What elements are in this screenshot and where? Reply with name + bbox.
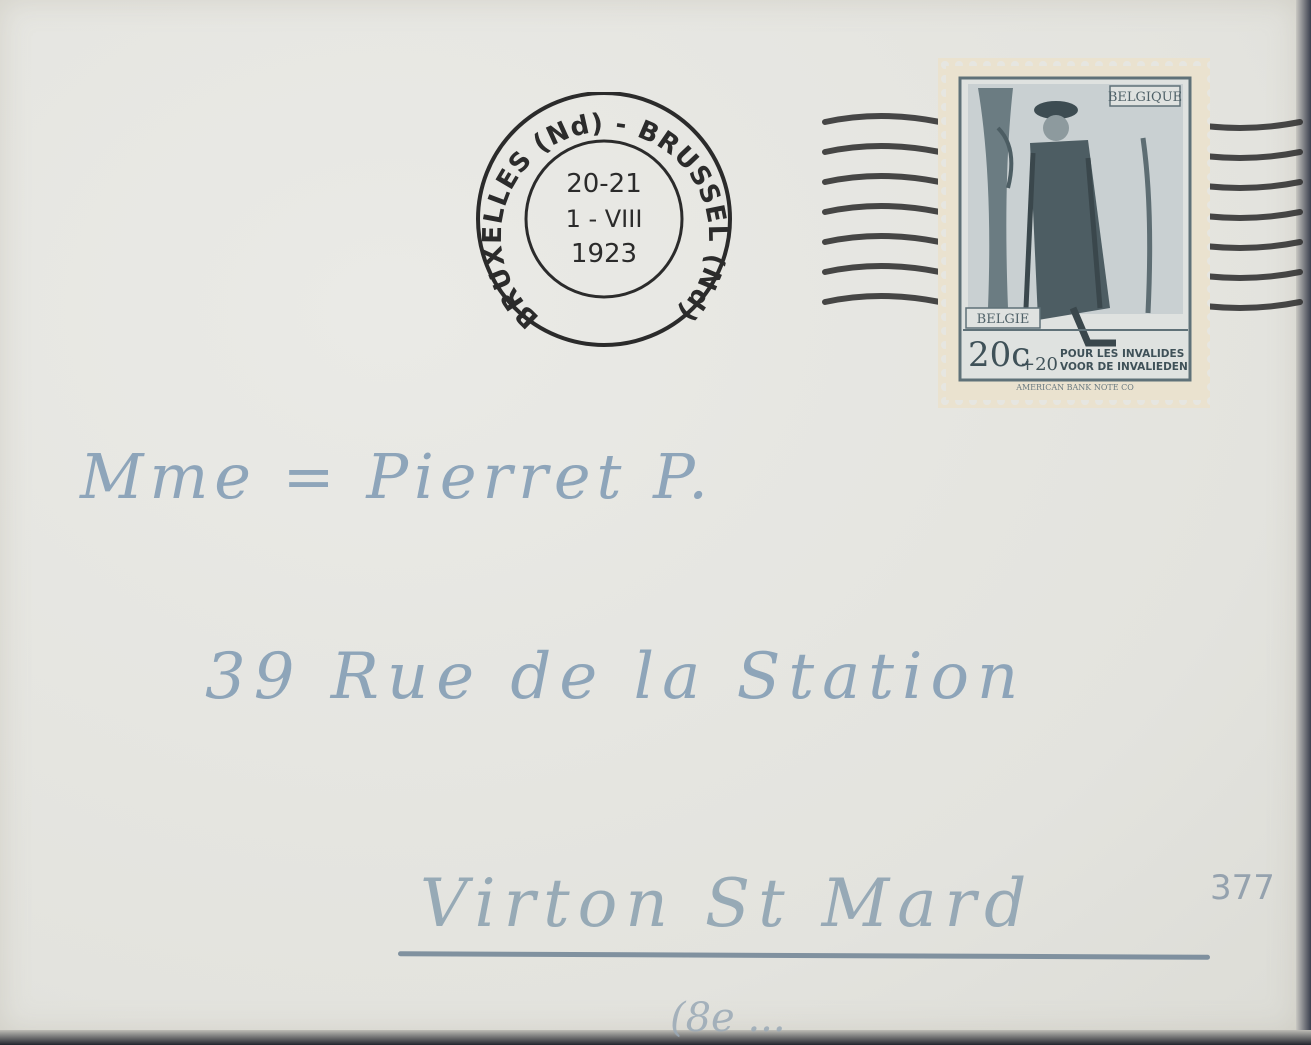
stamp-surcharge: +20: [1020, 354, 1058, 375]
postage-stamp: BELGIQUE BELGIE 20c +20 POUR LES INVALID…: [938, 58, 1210, 408]
postmark-date: 1 - VIII: [566, 205, 643, 233]
postmark: BRUXELLES (Nd) - BRUSSEL (Nd) 20-21 1 - …: [470, 92, 738, 347]
address-extra: (8e ...: [670, 995, 786, 1041]
stamp-printer: AMERICAN BANK NOTE CO: [1015, 383, 1134, 392]
pencil-note: 377: [1210, 868, 1275, 908]
address-street: 39 Rue de la Station: [205, 640, 1026, 714]
stamp-country-top: BELGIQUE: [1108, 90, 1182, 105]
address-recipient: Mme = Pierret P.: [80, 440, 714, 513]
stamp-country-bottom: BELGIE: [977, 312, 1030, 327]
address-town: Virton St Mard: [420, 865, 1034, 942]
stamp-caption-nl: VOOR DE INVALIEDEN: [1060, 361, 1188, 373]
envelope-bottom-edge: [0, 1030, 1311, 1045]
postmark-year: 1923: [571, 239, 637, 269]
stamp-caption-fr: POUR LES INVALIDES: [1060, 348, 1184, 360]
postmark-time: 20-21: [566, 169, 642, 199]
